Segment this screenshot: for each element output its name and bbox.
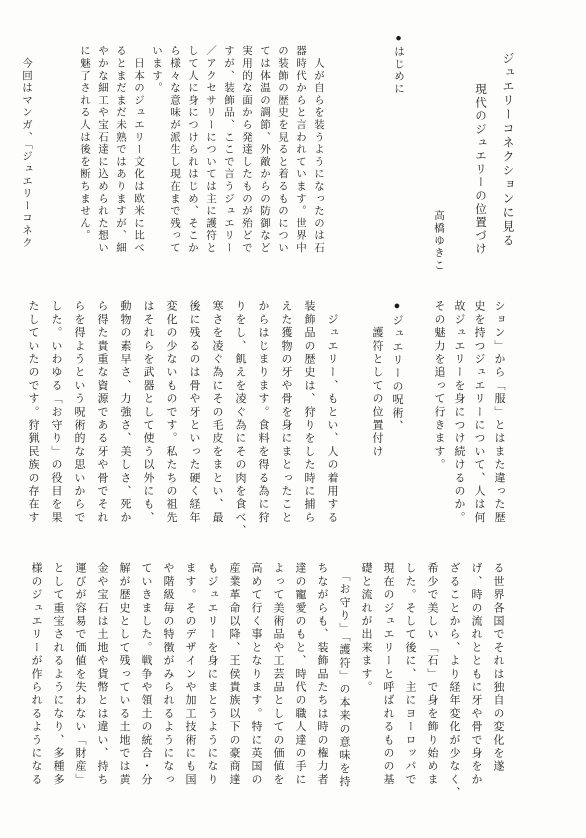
text-column: 現在のジュエリーと呼ばれるものの基: [377, 558, 399, 803]
document-page: ジュエリーコネクションに見る現代のジュエリーの位置づけ高橋ゆきこ●はじめに 人が…: [0, 0, 586, 838]
text-column: 史を持つジュエリーについて、人は何: [469, 296, 489, 541]
text-column: ます。そのデザインや加工技術にも国: [179, 558, 201, 803]
text-column: に魅了される人は後を断ちません。: [75, 33, 93, 273]
text-column: る世界各国でそれは独自の変化を遂: [487, 558, 509, 803]
text-column: からはじまります。食料を得る為に狩: [251, 296, 274, 541]
text-column: 人が自らを装うようになったのは石: [309, 33, 327, 273]
text-column: ては体温の調節、外敵からの防御など: [255, 33, 273, 273]
text-column: 変化の少ないものです。私たちの祖先: [159, 296, 182, 541]
text-column: 寒さを凌ぐ為にその毛皮をまとい、最: [205, 296, 228, 541]
text-column: 運びが容易で価値を失わない「財産」: [69, 558, 91, 803]
text-column: した。いわゆる「お守り」の役目を果: [44, 296, 67, 541]
text-column: はそれらを武器として使う以外にも、: [136, 296, 159, 541]
text-column: 礎と流れが出来ます。: [355, 558, 377, 803]
text-column: ション」から「服」とはまた違った歴: [489, 296, 509, 541]
text-column: 達の寵愛のもと、時代の職人達の手に: [289, 558, 311, 803]
text-column: ていきました。戦争や領土の統合・分: [135, 558, 157, 803]
text-column: 希少で美しい「石」で身を飾り始めま: [421, 558, 443, 803]
text-column: ざることから、より経年変化が少なく、: [443, 558, 465, 803]
text-column: 後に残るのは骨や牙といった硬く経年: [182, 296, 205, 541]
text-column: ジュエリー、もとい、人の着用する: [320, 296, 343, 541]
text-column: 高めて行く事となります。特に英国の: [245, 558, 267, 803]
text-column: その魅力を追って行きます。: [429, 296, 449, 541]
text-column: 今回はマンガ、「ジュエリーコネク: [17, 33, 35, 273]
text-column: りをし、飢えを凌ぐ為にその肉を食べ、: [228, 296, 251, 541]
text-column: げ、時の流れとともに牙や骨で身をか: [465, 558, 487, 803]
text-column: るとまだまだ未熟ではありますが、細: [111, 33, 129, 273]
doc-subtitle: 現代のジュエリーの位置づけ: [471, 33, 489, 273]
text-column: 解が歴史として残っている土地では黄: [113, 558, 135, 803]
text-column: 「お守り」「護符」の本来の意味を持: [333, 558, 355, 803]
text-column: らを得ようという呪術的な思いからで: [67, 296, 90, 541]
text-column: 様のジュエリーが作られるようになる: [25, 558, 47, 803]
text-column: 動物の素早さ、力強さ、美しさ、死か: [113, 296, 136, 541]
text-column: として重宝されるようになり、多種多: [47, 558, 69, 803]
text-column: 産業革命以降、王侯貴族以下の豪商達: [223, 558, 245, 803]
text-column: ちながらも、装飾品たちは時の権力者: [311, 558, 333, 803]
text-column: 装飾品の歴史は、狩りをした時に捕ら: [297, 296, 320, 541]
text-column: 器時代からと言われています。世界中: [291, 33, 309, 273]
section-heading: ●はじめに: [389, 33, 407, 273]
section-heading: 護符としての位置付け: [367, 296, 387, 541]
text-column: ら得た貴重な資源である牙や骨でそれ: [90, 296, 113, 541]
text-column: やかな細工や宝石達に込められた想い: [93, 33, 111, 273]
text-column: 実用的な面から発達したものが殆どで: [237, 33, 255, 273]
text-column: たしていたのです。狩猟民族の存在す: [21, 296, 44, 541]
text-column: もジュエリーを身にまとうようになり: [201, 558, 223, 803]
text-column: して人に身につけられはじめ、そこか: [183, 33, 201, 273]
text-column: ら様々な意味が派生し現在まで残って: [165, 33, 183, 273]
text-band-middle: ション」から「服」とはまた違った歴史を持つジュエリーについて、人は何故ジュエリー…: [21, 296, 509, 541]
text-column: 日本のジュエリー文化は欧米に比べ: [129, 33, 147, 273]
text-band-bottom: る世界各国でそれは独自の変化を遂げ、時の流れとともに牙や骨で身をかざることから、…: [25, 558, 509, 803]
text-column: すが、装飾品、ここで言うジュエリー: [219, 33, 237, 273]
doc-title: ジュエリーコネクションに見る: [499, 33, 517, 273]
text-column: 故ジュエリーを身につけ続けるのか。: [449, 296, 469, 541]
text-column: ／アクセサリーについては主に護符と: [201, 33, 219, 273]
text-column: や階級毎の特徴がみられるようになっ: [157, 558, 179, 803]
doc-author: 高橋ゆきこ: [429, 33, 447, 273]
text-column: 金や宝石は土地や貨幣とは違い、持ち: [91, 558, 113, 803]
text-column: した。そして後に、主にヨーロッパで: [399, 558, 421, 803]
section-heading: ●ジュエリーの呪術、: [387, 296, 407, 541]
text-column: います。: [147, 33, 165, 273]
text-column: よって美術品や工芸品としての価値を: [267, 558, 289, 803]
text-band-top: ジュエリーコネクションに見る現代のジュエリーの位置づけ高橋ゆきこ●はじめに 人が…: [17, 33, 517, 273]
text-column: えた獲物の牙や骨を身にまとったこと: [274, 296, 297, 541]
text-column: の装飾の歴史を見ると着るものについ: [273, 33, 291, 273]
